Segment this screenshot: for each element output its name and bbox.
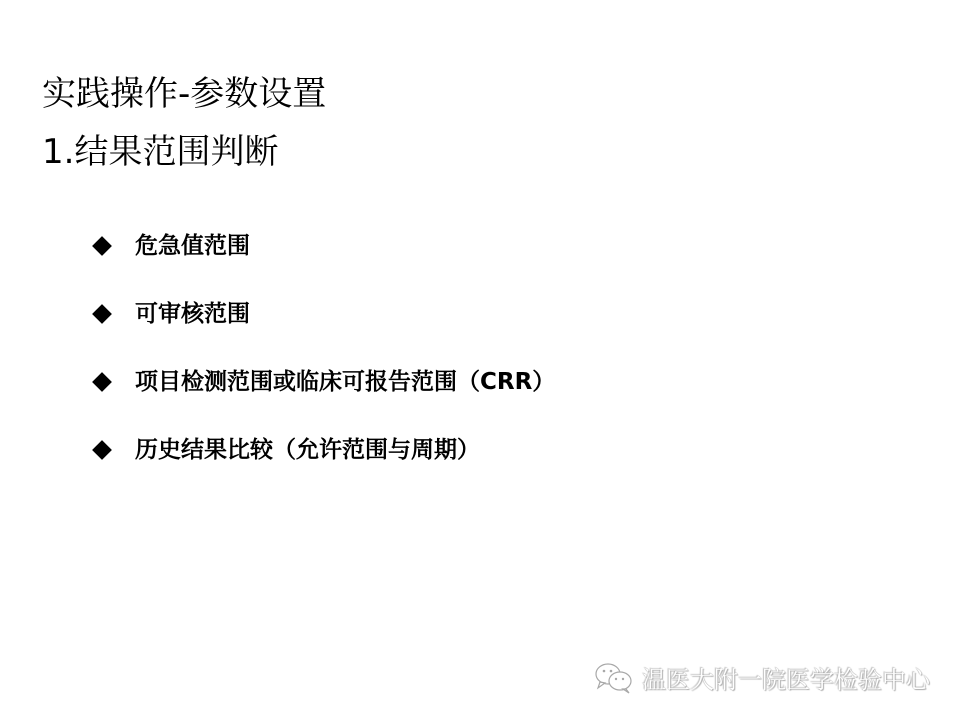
slide-title: 实践操作-参数设置 [42,70,326,118]
bullet-item: 危急值范围 [90,226,555,266]
diamond-bullet-icon [92,304,112,324]
bullet-item: 项目检测范围或临床可报告范围（CRR） [90,362,555,402]
bullet-text: 项目检测范围或临床可报告范围（CRR） [135,362,555,402]
section-heading: 1.结果范围判断 [42,128,278,176]
watermark-text: 温医大附一院医学检验中心 [642,660,930,695]
diamond-bullet-icon [92,236,112,256]
slide: 实践操作-参数设置 1.结果范围判断 危急值范围 可审核范围 项目检测范围或临床… [0,0,960,720]
bullet-text: 危急值范围 [135,226,250,266]
bullet-text: 历史结果比较（允许范围与周期） [135,430,480,470]
watermark: 温医大附一院医学检验中心 [594,660,930,695]
bullet-text: 可审核范围 [135,294,250,334]
bullet-item: 历史结果比较（允许范围与周期） [90,430,555,470]
wechat-icon [594,661,634,695]
diamond-bullet-icon [92,372,112,392]
bullet-list: 危急值范围 可审核范围 项目检测范围或临床可报告范围（CRR） 历史结果比较（允… [90,226,555,498]
bullet-item: 可审核范围 [90,294,555,334]
diamond-bullet-icon [92,440,112,460]
